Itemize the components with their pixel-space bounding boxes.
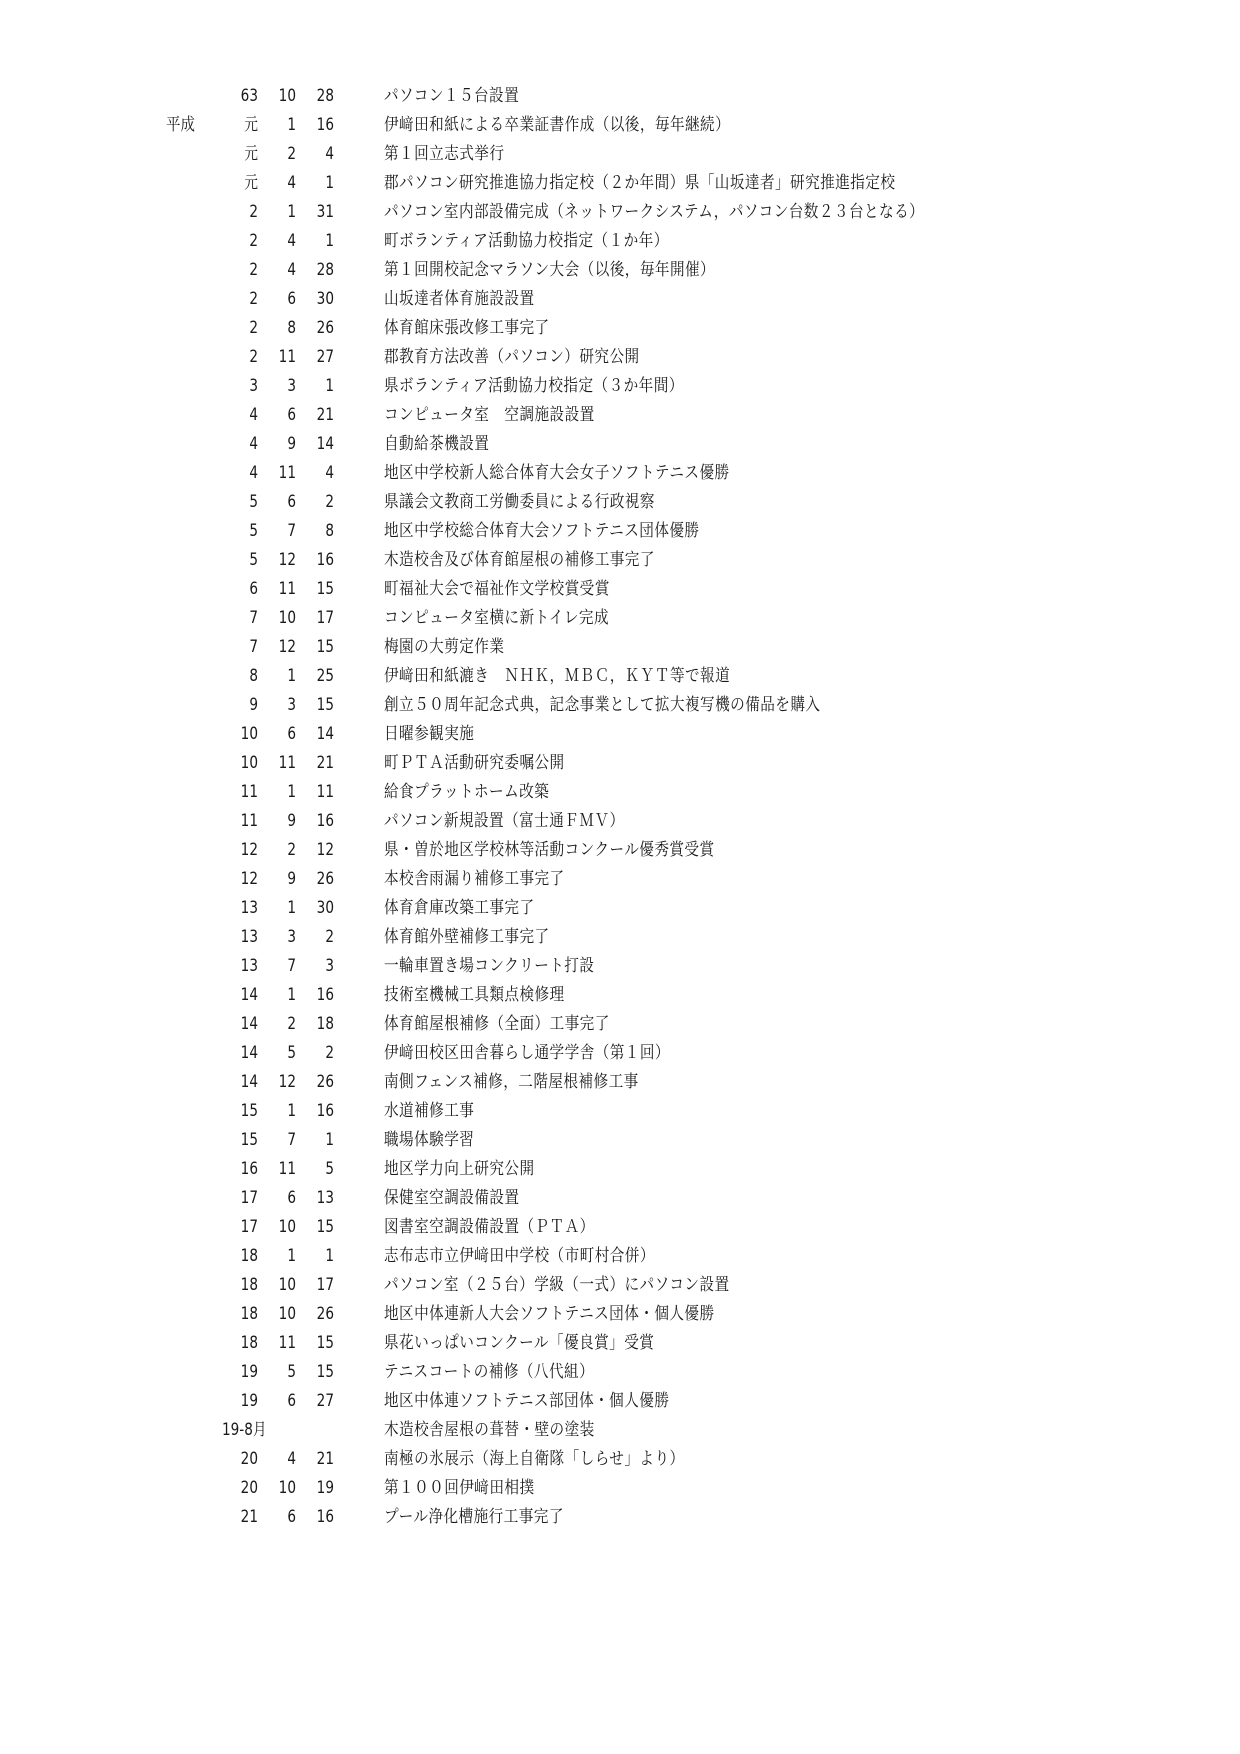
year: 4 <box>229 401 258 430</box>
year: 17 <box>229 1213 258 1242</box>
event-text: 本校舎雨漏り補修工事完了 <box>384 865 565 894</box>
event-text: 第１回開校記念マラソン大会（以後，毎年開催） <box>384 256 715 285</box>
event-text: 南側フェンス補修，二階屋根補修工事 <box>384 1068 639 1097</box>
history-row: 8125伊﨑田和紙漉き ＮＨＫ，ＭＢＣ，ＫＹＴ等で報道 <box>0 662 1240 691</box>
event-text: プール浄化槽施行工事完了 <box>384 1503 564 1532</box>
day: 15 <box>307 1329 334 1358</box>
history-row: 181115県花いっぱいコンクール「優良賞」受賞 <box>0 1329 1240 1358</box>
history-row: 331県ボランティア活動協力校指定（３か年間） <box>0 372 1240 401</box>
month: 10 <box>269 1213 296 1242</box>
history-row: 9315創立５０周年記念式典，記念事業として拡大複写機の備品を購入 <box>0 691 1240 720</box>
event-text: 伊﨑田和紙漉き ＮＨＫ，ＭＢＣ，ＫＹＴ等で報道 <box>384 662 730 691</box>
month: 6 <box>269 401 296 430</box>
history-row: 101121町ＰＴＡ活動研究委嘱公開 <box>0 749 1240 778</box>
day: 26 <box>307 865 334 894</box>
year: 19 <box>229 1358 258 1387</box>
history-row: 61115町福祉大会で福祉作文学校賞受賞 <box>0 575 1240 604</box>
year: 18 <box>229 1300 258 1329</box>
event-text: パソコン新規設置（富士通ＦＭＶ） <box>384 807 625 836</box>
year: 14 <box>229 981 258 1010</box>
day: 3 <box>307 952 334 981</box>
month: 12 <box>269 633 296 662</box>
event-text: 図書室空調設備設置（ＰＴＡ） <box>384 1213 595 1242</box>
event-text: 郡教育方法改善（パソコン）研究公開 <box>384 343 640 372</box>
day: 4 <box>307 140 334 169</box>
month: 11 <box>269 343 296 372</box>
year: 18 <box>229 1271 258 1300</box>
history-row: 11916パソコン新規設置（富士通ＦＭＶ） <box>0 807 1240 836</box>
month: 3 <box>269 691 296 720</box>
event-text: 地区中学校総合体育大会ソフトテニス団体優勝 <box>384 517 699 546</box>
event-text: テニスコートの補修（八代組） <box>384 1358 594 1387</box>
day: 26 <box>307 314 334 343</box>
event-text: 県花いっぱいコンクール「優良賞」受賞 <box>384 1329 654 1358</box>
day: 16 <box>307 807 334 836</box>
month: 11 <box>269 459 296 488</box>
month: 7 <box>269 517 296 546</box>
year: 14 <box>229 1010 258 1039</box>
year: 2 <box>229 343 258 372</box>
event-text: 地区中体連新人大会ソフトテニス団体・個人優勝 <box>384 1300 715 1329</box>
month: 4 <box>269 1445 296 1474</box>
day: 26 <box>307 1068 334 1097</box>
month: 1 <box>269 894 296 923</box>
history-row: 631028パソコン１５台設置 <box>0 82 1240 111</box>
event-text: 町ボランティア活動協力校指定（１か年） <box>384 227 669 256</box>
history-row: 12926本校舎雨漏り補修工事完了 <box>0 865 1240 894</box>
year: 21 <box>229 1503 258 1532</box>
year-month: 19-8月 <box>222 1416 302 1445</box>
year: 10 <box>229 720 258 749</box>
month: 7 <box>269 1126 296 1155</box>
day: 16 <box>307 1097 334 1126</box>
history-row: 12212県・曽於地区学校林等活動コンクール優秀賞受賞 <box>0 836 1240 865</box>
event-text: 自動給茶機設置 <box>384 430 489 459</box>
year: 2 <box>229 256 258 285</box>
day: 2 <box>307 923 334 952</box>
month: 6 <box>269 1184 296 1213</box>
month: 10 <box>269 604 296 633</box>
event-text: パソコン１５台設置 <box>384 82 519 111</box>
year: 2 <box>229 285 258 314</box>
month: 12 <box>269 1068 296 1097</box>
history-row: 19-8月木造校舎屋根の葺替・壁の塗装 <box>0 1416 1240 1445</box>
day: 15 <box>307 1358 334 1387</box>
month: 9 <box>269 430 296 459</box>
day: 16 <box>307 546 334 575</box>
year: 13 <box>229 923 258 952</box>
event-text: 南極の氷展示（海上自衛隊「しらせ」より） <box>384 1445 685 1474</box>
day: 12 <box>307 836 334 865</box>
history-row: 11111給食プラットホーム改築 <box>0 778 1240 807</box>
month: 11 <box>269 575 296 604</box>
year: 17 <box>229 1184 258 1213</box>
history-row: 141226南側フェンス補修，二階屋根補修工事 <box>0 1068 1240 1097</box>
history-row: 171015図書室空調設備設置（ＰＴＡ） <box>0 1213 1240 1242</box>
day: 15 <box>307 1213 334 1242</box>
month: 1 <box>269 662 296 691</box>
year: 12 <box>229 865 258 894</box>
month: 2 <box>269 1010 296 1039</box>
day: 18 <box>307 1010 334 1039</box>
month: 9 <box>269 865 296 894</box>
day: 16 <box>307 111 334 140</box>
year: 2 <box>229 314 258 343</box>
day: 27 <box>307 1387 334 1416</box>
event-text: 町福祉大会で福祉作文学校賞受賞 <box>384 575 610 604</box>
history-row: 2630山坂達者体育施設設置 <box>0 285 1240 314</box>
event-text: 第１回立志式挙行 <box>384 140 504 169</box>
month: 3 <box>269 923 296 952</box>
year: 18 <box>229 1242 258 1271</box>
month: 1 <box>269 1242 296 1271</box>
year: 4 <box>229 430 258 459</box>
year: 20 <box>229 1474 258 1503</box>
day: 1 <box>307 1126 334 1155</box>
year: 5 <box>229 517 258 546</box>
history-row: 20421南極の氷展示（海上自衛隊「しらせ」より） <box>0 1445 1240 1474</box>
year: 9 <box>229 691 258 720</box>
history-row: 1571職場体験学習 <box>0 1126 1240 1155</box>
year: 5 <box>229 546 258 575</box>
event-text: 木造校舎及び体育館屋根の補修工事完了 <box>384 546 655 575</box>
event-text: 体育館床張改修工事完了 <box>384 314 550 343</box>
event-text: 県議会文教商工労働委員による行政視察 <box>384 488 655 517</box>
day: 16 <box>307 981 334 1010</box>
event-text: 地区中体連ソフトテニス部団体・個人優勝 <box>384 1387 669 1416</box>
day: 8 <box>307 517 334 546</box>
day: 16 <box>307 1503 334 1532</box>
year: 14 <box>229 1068 258 1097</box>
month: 6 <box>269 1503 296 1532</box>
day: 15 <box>307 691 334 720</box>
year: 5 <box>229 488 258 517</box>
event-text: 山坂達者体育施設設置 <box>384 285 535 314</box>
day: 26 <box>307 1300 334 1329</box>
history-table: 631028パソコン１５台設置平成元116伊﨑田和紙による卒業証書作成（以後，毎… <box>0 82 1240 1532</box>
month: 1 <box>269 1097 296 1126</box>
history-row: 181026地区中体連新人大会ソフトテニス団体・個人優勝 <box>0 1300 1240 1329</box>
event-text: 職場体験学習 <box>384 1126 474 1155</box>
year: 4 <box>229 459 258 488</box>
month: 5 <box>269 1039 296 1068</box>
day: 2 <box>307 488 334 517</box>
month: 11 <box>269 1155 296 1184</box>
event-text: 水道補修工事 <box>384 1097 474 1126</box>
year: 13 <box>229 952 258 981</box>
history-row: 1332体育館外壁補修工事完了 <box>0 923 1240 952</box>
event-text: コンピュータ室横に新トイレ完成 <box>384 604 609 633</box>
month: 1 <box>269 111 296 140</box>
month: 8 <box>269 314 296 343</box>
month: 2 <box>269 836 296 865</box>
history-row: 2428第１回開校記念マラソン大会（以後，毎年開催） <box>0 256 1240 285</box>
event-text: 保健室空調設備設置 <box>384 1184 519 1213</box>
month: 2 <box>269 140 296 169</box>
day: 28 <box>307 256 334 285</box>
month: 11 <box>269 749 296 778</box>
day: 13 <box>307 1184 334 1213</box>
year: 18 <box>229 1329 258 1358</box>
month: 1 <box>269 778 296 807</box>
day: 30 <box>307 285 334 314</box>
day: 30 <box>307 894 334 923</box>
year: 14 <box>229 1039 258 1068</box>
day: 1 <box>307 1242 334 1271</box>
event-text: 給食プラットホーム改築 <box>384 778 549 807</box>
day: 28 <box>307 82 334 111</box>
history-row: 21127郡教育方法改善（パソコン）研究公開 <box>0 343 1240 372</box>
month: 6 <box>269 488 296 517</box>
history-row: 平成元116伊﨑田和紙による卒業証書作成（以後，毎年継続） <box>0 111 1240 140</box>
year: 7 <box>229 633 258 662</box>
day: 21 <box>307 1445 334 1474</box>
event-text: 一輪車置き場コンクリート打設 <box>384 952 594 981</box>
year: 13 <box>229 894 258 923</box>
event-text: 木造校舎屋根の葺替・壁の塗装 <box>384 1416 595 1445</box>
history-row: 4914自動給茶機設置 <box>0 430 1240 459</box>
day: 1 <box>307 372 334 401</box>
event-text: 志布志市立伊﨑田中学校（市町村合併） <box>384 1242 655 1271</box>
history-row: 51216木造校舎及び体育館屋根の補修工事完了 <box>0 546 1240 575</box>
day: 1 <box>307 227 334 256</box>
month: 10 <box>269 82 296 111</box>
year: 2 <box>229 227 258 256</box>
era-label: 平成 <box>166 111 209 140</box>
year: 10 <box>229 749 258 778</box>
month: 11 <box>269 1329 296 1358</box>
month: 3 <box>269 372 296 401</box>
year: 19 <box>229 1387 258 1416</box>
history-row: 2826体育館床張改修工事完了 <box>0 314 1240 343</box>
event-text: 町ＰＴＡ活動研究委嘱公開 <box>384 749 565 778</box>
year: 3 <box>229 372 258 401</box>
year: 元 <box>229 169 258 198</box>
history-row: 10614日曜参観実施 <box>0 720 1240 749</box>
history-row: 4621コンピュータ室 空調施設設置 <box>0 401 1240 430</box>
history-row: 2131パソコン室内部設備完成（ネットワークシステム，パソコン台数２３台となる） <box>0 198 1240 227</box>
month: 9 <box>269 807 296 836</box>
document-page: 631028パソコン１５台設置平成元116伊﨑田和紙による卒業証書作成（以後，毎… <box>0 0 1240 1754</box>
history-row: 16115地区学力向上研究公開 <box>0 1155 1240 1184</box>
day: 11 <box>307 778 334 807</box>
day: 17 <box>307 604 334 633</box>
year: 6 <box>229 575 258 604</box>
event-text: パソコン室（２５台）学級（一式）にパソコン設置 <box>384 1271 730 1300</box>
day: 5 <box>307 1155 334 1184</box>
year: 8 <box>229 662 258 691</box>
event-text: 体育館外壁補修工事完了 <box>384 923 550 952</box>
history-row: 71017コンピュータ室横に新トイレ完成 <box>0 604 1240 633</box>
event-text: 体育館屋根補修（全面）工事完了 <box>384 1010 610 1039</box>
day: 17 <box>307 1271 334 1300</box>
day: 14 <box>307 430 334 459</box>
year: 2 <box>229 198 258 227</box>
day: 19 <box>307 1474 334 1503</box>
event-text: 県・曽於地区学校林等活動コンクール優秀賞受賞 <box>384 836 715 865</box>
event-text: 体育倉庫改築工事完了 <box>384 894 535 923</box>
day: 2 <box>307 1039 334 1068</box>
day: 21 <box>307 401 334 430</box>
history-row: 19515テニスコートの補修（八代組） <box>0 1358 1240 1387</box>
month: 5 <box>269 1358 296 1387</box>
day: 21 <box>307 749 334 778</box>
event-text: 技術室機械工具類点検修理 <box>384 981 565 1010</box>
day: 14 <box>307 720 334 749</box>
month: 4 <box>269 169 296 198</box>
year: 15 <box>229 1097 258 1126</box>
month: 1 <box>269 198 296 227</box>
month: 6 <box>269 1387 296 1416</box>
day: 15 <box>307 633 334 662</box>
month: 10 <box>269 1300 296 1329</box>
year: 15 <box>229 1126 258 1155</box>
history-row: 1373一輪車置き場コンクリート打設 <box>0 952 1240 981</box>
event-text: 伊﨑田和紙による卒業証書作成（以後，毎年継続） <box>384 111 730 140</box>
day: 25 <box>307 662 334 691</box>
history-row: 71215梅園の大剪定作業 <box>0 633 1240 662</box>
history-row: 17613保健室空調設備設置 <box>0 1184 1240 1213</box>
year: 12 <box>229 836 258 865</box>
month: 7 <box>269 952 296 981</box>
event-text: 地区中学校新人総合体育大会女子ソフトテニス優勝 <box>384 459 730 488</box>
event-text: 伊﨑田校区田舎暮らし通学学舎（第１回） <box>384 1039 670 1068</box>
month: 6 <box>269 285 296 314</box>
history-row: 13130体育倉庫改築工事完了 <box>0 894 1240 923</box>
year: 7 <box>229 604 258 633</box>
year: 63 <box>229 82 258 111</box>
month: 12 <box>269 546 296 575</box>
day: 27 <box>307 343 334 372</box>
history-row: 241町ボランティア活動協力校指定（１か年） <box>0 227 1240 256</box>
history-row: 201019第１００回伊﨑田相撲 <box>0 1474 1240 1503</box>
history-row: 578地区中学校総合体育大会ソフトテニス団体優勝 <box>0 517 1240 546</box>
event-text: 梅園の大剪定作業 <box>384 633 504 662</box>
history-row: 4114地区中学校新人総合体育大会女子ソフトテニス優勝 <box>0 459 1240 488</box>
month: 4 <box>269 227 296 256</box>
day: 4 <box>307 459 334 488</box>
event-text: 地区学力向上研究公開 <box>384 1155 535 1184</box>
day: 15 <box>307 575 334 604</box>
event-text: 創立５０周年記念式典，記念事業として拡大複写機の備品を購入 <box>384 691 820 720</box>
day: 1 <box>307 169 334 198</box>
event-text: コンピュータ室 空調施設設置 <box>384 401 595 430</box>
month: 1 <box>269 981 296 1010</box>
history-row: 21616プール浄化槽施行工事完了 <box>0 1503 1240 1532</box>
year: 16 <box>229 1155 258 1184</box>
history-row: 元24第１回立志式挙行 <box>0 140 1240 169</box>
event-text: 郡パソコン研究推進協力指定校（２か年間）県「山坂達者」研究推進指定校 <box>384 169 895 198</box>
month: 4 <box>269 256 296 285</box>
history-row: 181017パソコン室（２５台）学級（一式）にパソコン設置 <box>0 1271 1240 1300</box>
history-row: 14116技術室機械工具類点検修理 <box>0 981 1240 1010</box>
event-text: パソコン室内部設備完成（ネットワークシステム，パソコン台数２３台となる） <box>384 198 924 227</box>
year: 11 <box>229 778 258 807</box>
year: 20 <box>229 1445 258 1474</box>
day: 31 <box>307 198 334 227</box>
month: 10 <box>269 1271 296 1300</box>
history-row: 562県議会文教商工労働委員による行政視察 <box>0 488 1240 517</box>
history-row: 14218体育館屋根補修（全面）工事完了 <box>0 1010 1240 1039</box>
event-text: 日曜参観実施 <box>384 720 474 749</box>
year: 元 <box>229 140 258 169</box>
month: 10 <box>269 1474 296 1503</box>
history-row: 1452伊﨑田校区田舎暮らし通学学舎（第１回） <box>0 1039 1240 1068</box>
history-row: 19627地区中体連ソフトテニス部団体・個人優勝 <box>0 1387 1240 1416</box>
event-text: 第１００回伊﨑田相撲 <box>384 1474 535 1503</box>
history-row: 15116水道補修工事 <box>0 1097 1240 1126</box>
history-row: 1811志布志市立伊﨑田中学校（市町村合併） <box>0 1242 1240 1271</box>
year: 11 <box>229 807 258 836</box>
year: 元 <box>229 111 258 140</box>
month: 6 <box>269 720 296 749</box>
history-row: 元41郡パソコン研究推進協力指定校（２か年間）県「山坂達者」研究推進指定校 <box>0 169 1240 198</box>
event-text: 県ボランティア活動協力校指定（３か年間） <box>384 372 684 401</box>
